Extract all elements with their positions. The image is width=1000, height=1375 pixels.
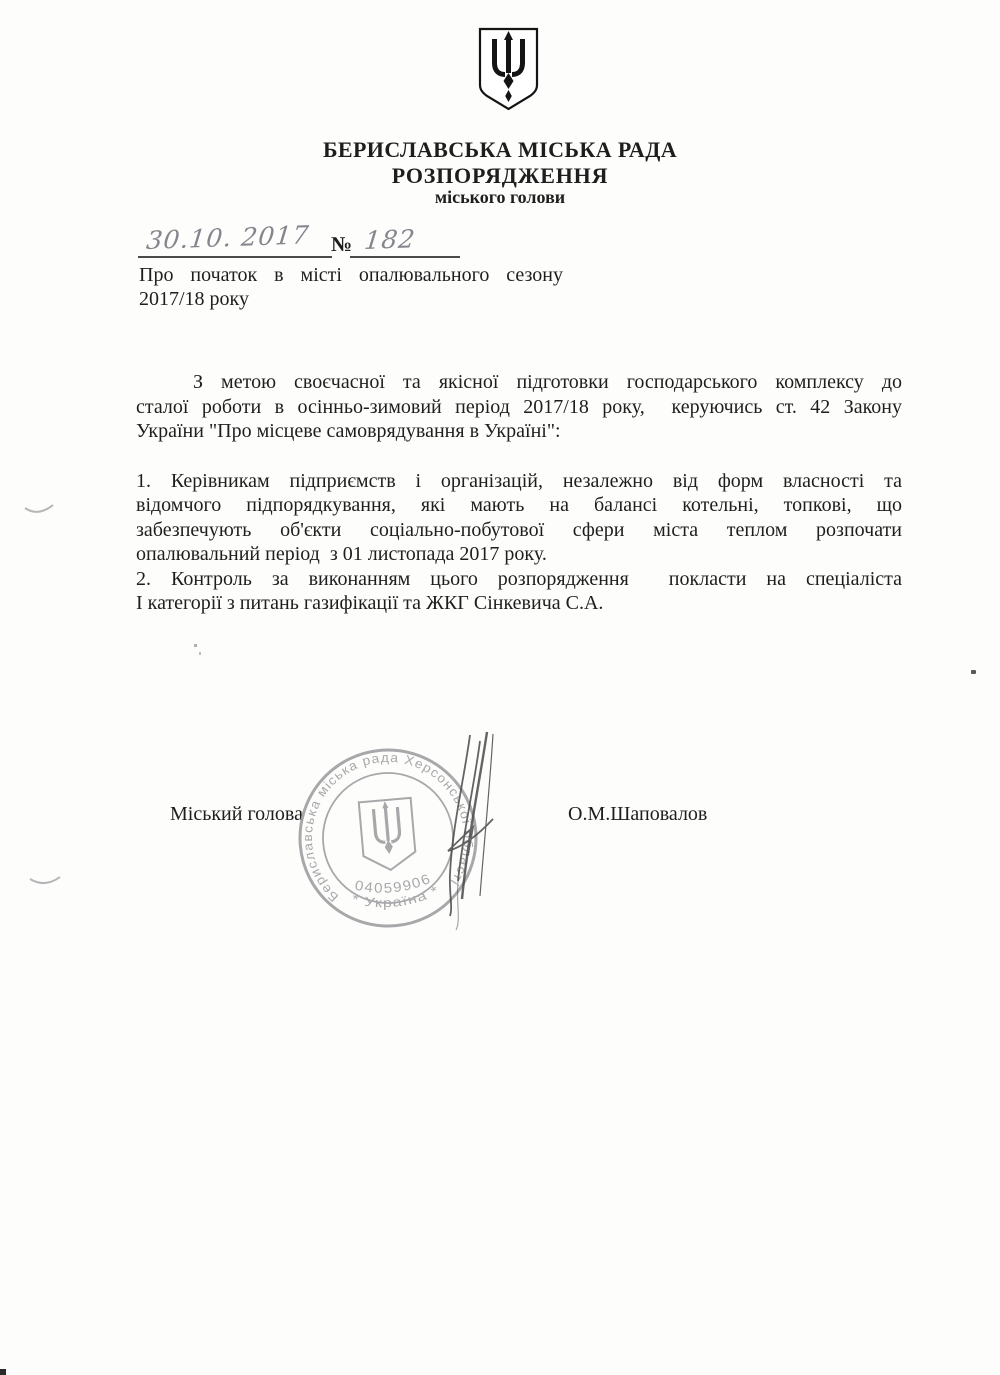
scan-speck <box>199 652 201 655</box>
text-line: Про початок в місті опалювального сезону <box>139 263 563 287</box>
text-line: опалювальний період з 01 листопада 2017 … <box>136 542 902 567</box>
preamble-paragraph: З метою своєчасної та якісної підготовки… <box>136 370 902 444</box>
text-line: відомчого підпорядкування, які мають на … <box>136 493 902 518</box>
stamp-shield-icon <box>359 798 417 872</box>
coat-of-arms-icon <box>477 27 540 112</box>
scan-mark-curve <box>0 845 90 915</box>
number-underline <box>350 256 460 258</box>
date-underline <box>138 256 332 258</box>
text-line: 2. Контроль за виконанням цього розпоряд… <box>136 567 902 592</box>
text-line: України "Про місцеве самоврядування в Ук… <box>136 419 902 444</box>
text-line: 2017/18 року <box>139 287 563 311</box>
text-line: З метою своєчасної та якісної підготовки… <box>136 370 902 395</box>
signatory-position: Міський голова <box>170 803 303 826</box>
signatory-name: О.М.Шаповалов <box>568 803 707 826</box>
text-line: І категорії з питань газифікації та ЖКГ … <box>136 591 902 616</box>
subject: Про початок в місті опалювального сезону… <box>139 263 563 311</box>
scan-speck <box>0 1369 6 1375</box>
scan-speck <box>971 670 976 674</box>
org-name: БЕРИСЛАВСЬКА МІСЬКА РАДА <box>0 137 1000 163</box>
signature-scribble <box>420 724 512 934</box>
document-page: БЕРИСЛАВСЬКА МІСЬКА РАДА РОЗПОРЯДЖЕННЯ м… <box>0 0 1000 1375</box>
number-handwritten: 182 <box>363 224 417 255</box>
text-line: 1. Керівникам підприємств і організацій,… <box>136 469 902 494</box>
text-line: забезпечують об'єкти соціально-побутової… <box>136 518 902 543</box>
item-2-paragraph: 2. Контроль за виконанням цього розпоряд… <box>136 567 902 616</box>
scan-speck <box>194 644 197 647</box>
date-handwritten: 30.10. 2017 <box>145 220 311 255</box>
doc-type-title: РОЗПОРЯДЖЕННЯ <box>0 163 1000 189</box>
number-sign: № <box>331 232 352 257</box>
item-1-paragraph: 1. Керівникам підприємств і організацій,… <box>136 469 902 567</box>
doc-issuer: міського голови <box>0 187 1000 208</box>
text-line: сталої роботи в осінньо-зимовий період 2… <box>136 395 902 420</box>
scan-mark-curve <box>0 470 90 540</box>
document-body: З метою своєчасної та якісної підготовки… <box>136 370 902 616</box>
